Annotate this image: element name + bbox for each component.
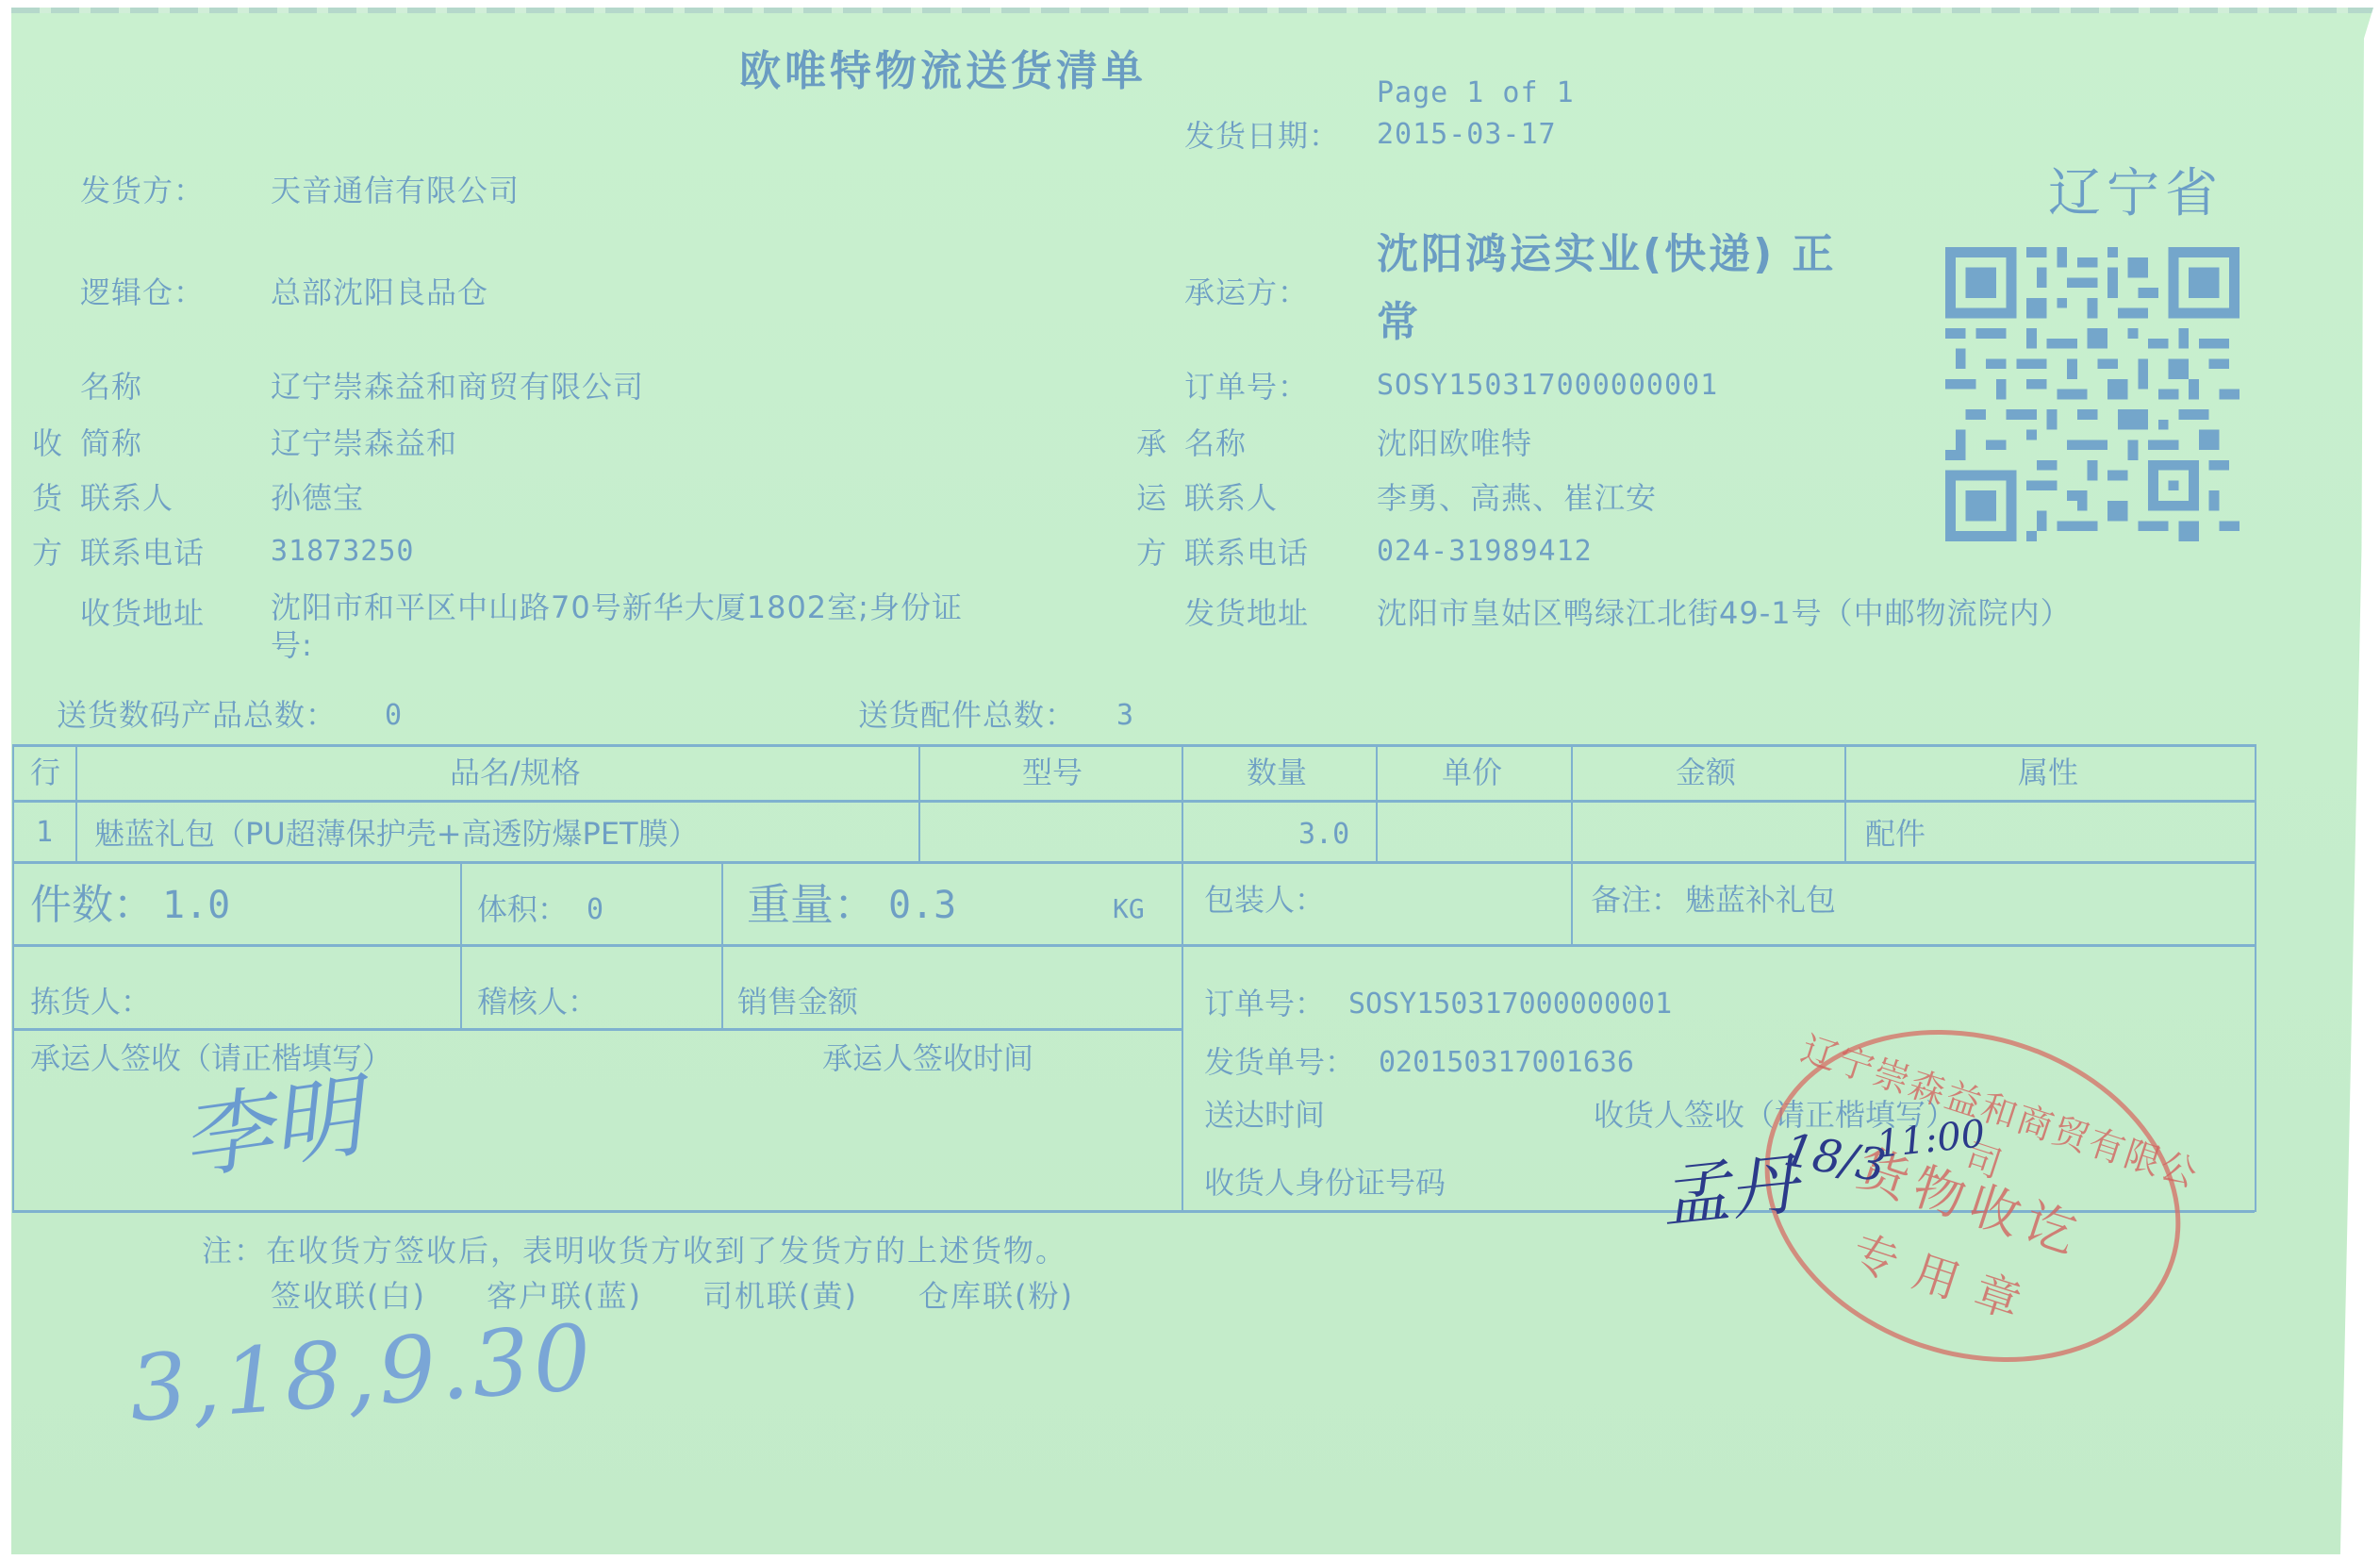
- order-value: SOSY150317000000001: [1377, 372, 1718, 400]
- column-header-qty: 数量: [1247, 757, 1307, 788]
- volume-value: 0: [587, 896, 603, 924]
- row-attribute: 配件: [1865, 819, 1925, 849]
- row-item-name: 魅蓝礼包（PU超薄保护壳+高透防爆PET膜）: [94, 819, 699, 849]
- consignee-contact-label: 联系人: [80, 483, 174, 513]
- carrier-side-char-1: 承: [1136, 428, 1166, 458]
- weight-label: 重量：: [747, 883, 877, 926]
- consignee-short-value: 辽宁崇森益和: [271, 428, 457, 458]
- accessory-total-label: 送货配件总数：: [858, 700, 1076, 730]
- remark-value: 魅蓝补礼包: [1685, 885, 1836, 915]
- carrier-name-value: 沈阳欧唯特: [1377, 428, 1532, 458]
- qr-code: [1945, 247, 2240, 541]
- ship-date-value: 2015-03-17: [1377, 121, 1557, 149]
- carrier-address-value: 沈阳市皇姑区鸭绿江北街49-1号（中邮物流院内）: [1377, 598, 2072, 628]
- pieces-value: 1.0: [162, 887, 230, 924]
- copy-sign: 签收联(白): [271, 1281, 426, 1311]
- copy-driver: 司机联(黄): [702, 1281, 858, 1311]
- qr-code-icon: [1945, 247, 2240, 541]
- ship-date-label: 发货日期：: [1184, 121, 1340, 151]
- picker-label: 拣货人：: [30, 987, 151, 1017]
- consignee-address-value-line2: 号:: [271, 630, 313, 660]
- ship-no-label: 发货单号：: [1204, 1047, 1355, 1077]
- signoff-order-label: 订单号：: [1204, 988, 1325, 1019]
- column-header-unit-price: 单价: [1442, 757, 1502, 788]
- column-header-amount: 金额: [1676, 757, 1736, 788]
- consignee-side-char-3: 方: [32, 538, 62, 568]
- consignee-side-char-1: 收: [32, 428, 62, 458]
- consignee-contact-value: 孙德宝: [271, 483, 364, 513]
- carrier-sign-time-label: 承运人签收时间: [822, 1043, 1033, 1073]
- consignee-short-label: 简称: [80, 428, 142, 458]
- copy-warehouse: 仓库联(粉): [918, 1281, 1074, 1311]
- carrier-side-char-2: 运: [1136, 483, 1166, 513]
- ship-no-value: 020150317001636: [1379, 1049, 1634, 1077]
- column-header-line: 行: [30, 757, 60, 788]
- column-header-model: 型号: [1022, 757, 1083, 788]
- column-header-attribute: 属性: [2018, 757, 2078, 788]
- carrier-main-label: 承运方：: [1184, 277, 1309, 307]
- footer-note: 注：在收货方签收后，表明收货方收到了发货方的上述货物。: [202, 1236, 1067, 1266]
- column-header-name: 品名/规格: [450, 757, 581, 788]
- carrier-phone-label: 联系电话: [1184, 538, 1309, 568]
- signoff-order-value: SOSY150317000000001: [1348, 990, 1672, 1019]
- delivery-time-label: 送达时间: [1204, 1100, 1325, 1130]
- receiver-id-label: 收货人身份证号码: [1204, 1168, 1446, 1198]
- consignee-phone-value: 31873250: [271, 538, 415, 566]
- document-title: 欧唯特物流送货清单: [739, 51, 1147, 92]
- carrier-address-label: 发货地址: [1184, 598, 1309, 628]
- copies-legend: 签收联(白) 客户联(蓝) 司机联(黄) 仓库联(粉): [271, 1281, 1074, 1311]
- carrier-name-label: 名称: [1184, 428, 1247, 458]
- weight-unit: KG: [1113, 896, 1145, 922]
- row-qty: 3.0: [1298, 821, 1349, 849]
- shipper-label: 发货方：: [80, 175, 205, 206]
- accessory-total-value: 3: [1116, 702, 1134, 730]
- digital-total-value: 0: [385, 702, 403, 730]
- warehouse-value: 总部沈阳良品仓: [271, 277, 488, 307]
- order-label: 订单号：: [1184, 372, 1309, 402]
- volume-label: 体积：: [477, 894, 568, 924]
- delivery-note-paper: 欧唯特物流送货清单 Page 1 of 1 发货日期： 2015-03-17 辽…: [11, 8, 2373, 1554]
- consignee-address-label: 收货地址: [80, 598, 205, 628]
- sales-amount-label: 销售金额: [737, 987, 858, 1017]
- digital-total-label: 送货数码产品总数：: [57, 700, 337, 730]
- carrier-phone-value: 024-31989412: [1377, 538, 1593, 566]
- carrier-signature: 李明: [175, 1070, 367, 1186]
- pieces-label: 件数：: [30, 885, 155, 926]
- carrier-contact-label: 联系人: [1184, 483, 1278, 513]
- warehouse-label: 逻辑仓：: [80, 277, 205, 307]
- consignee-phone-label: 联系电话: [80, 538, 205, 568]
- consignee-side-char-2: 货: [32, 483, 62, 513]
- page-indicator: Page 1 of 1: [1377, 79, 1575, 108]
- weight-value: 0.3: [888, 887, 956, 924]
- shipper-value: 天音通信有限公司: [271, 175, 520, 206]
- consignee-address-value: 沈阳市和平区中山路70号新华大厦1802室;身份证: [271, 592, 963, 622]
- carrier-main-value-line2: 常: [1377, 302, 1421, 343]
- province-label: 辽宁省: [2048, 168, 2223, 221]
- carrier-side-char-3: 方: [1136, 538, 1166, 568]
- receiver-time-handwritten: 11:00: [1875, 1115, 1987, 1164]
- row-line-number: 1: [36, 819, 53, 847]
- packer-label: 包装人：: [1204, 885, 1325, 915]
- carrier-contact-value: 李勇、高燕、崔江安: [1377, 483, 1657, 513]
- handwritten-date-note: 3,18,9.30: [126, 1312, 598, 1435]
- carrier-main-value-line1: 沈阳鸿运实业(快递) 正: [1377, 234, 1837, 275]
- consignee-name-value: 辽宁崇森益和商贸有限公司: [271, 372, 644, 402]
- remark-label: 备注：: [1591, 885, 1681, 915]
- consignee-name-label: 名称: [80, 372, 142, 402]
- receiver-signature: 孟丹: [1659, 1150, 1801, 1232]
- checker-label: 稽核人：: [477, 987, 598, 1017]
